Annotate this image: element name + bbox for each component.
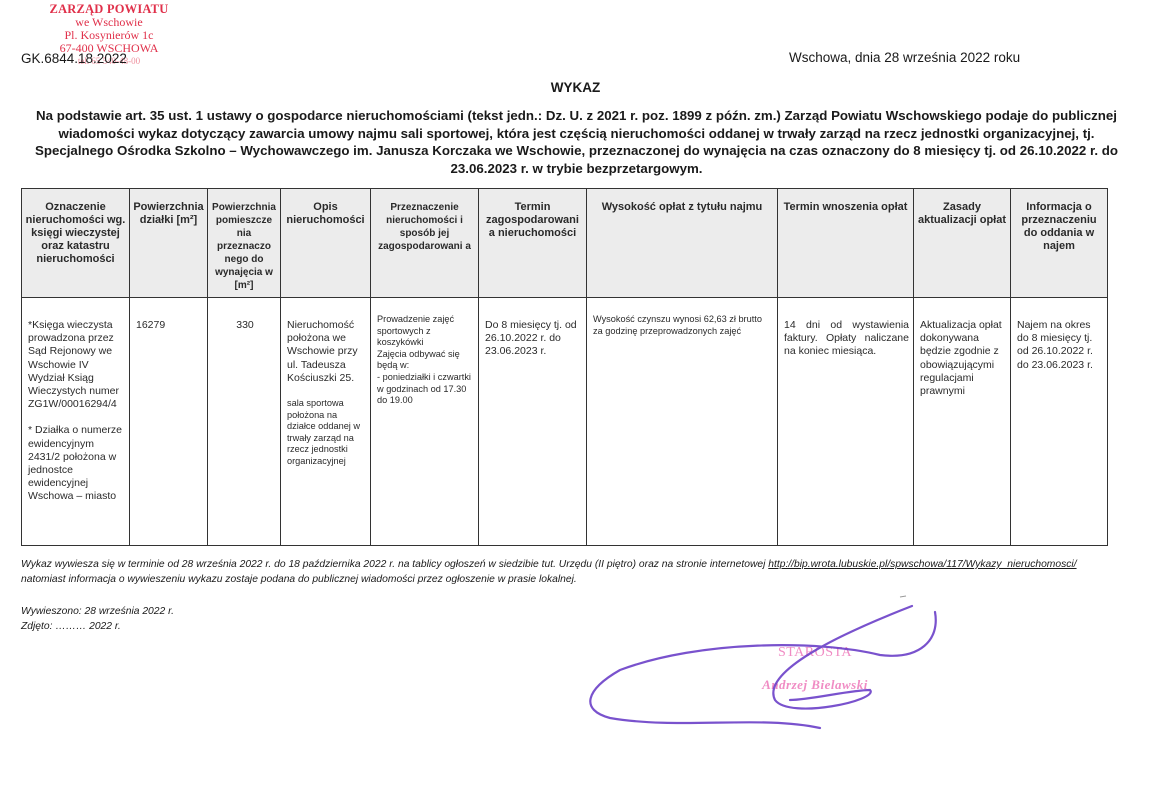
column-header: Wysokość opłat z tytułu najmu	[587, 189, 778, 298]
development-term-cell: Do 8 miesięcy tj. od 26.10.2022 r. do 23…	[479, 298, 587, 546]
column-header: Termin wnoszenia opłat	[778, 189, 914, 298]
signatory-name: Andrzej Bielawski	[700, 677, 930, 693]
column-header: Powierzchnia pomieszcze nia przeznaczo n…	[208, 189, 281, 298]
purpose-cell: Prowadzenie zajęć sportowych z koszykówk…	[371, 298, 479, 546]
column-header: Termin zagospodarowani a nieruchomości	[479, 189, 587, 298]
column-header: Informacja o przeznaczeniu do oddania w …	[1011, 189, 1108, 298]
document-title: WYKAZ	[0, 80, 1151, 95]
posting-dates: Wywieszono: 28 września 2022 r. Zdjęto: …	[21, 604, 174, 634]
land-registry-text: *Księga wieczysta prowadzona przez Sąd R…	[28, 319, 119, 410]
posted-date: Wywieszono: 28 września 2022 r.	[21, 604, 174, 619]
hall-text: sala sportowa położona na działce oddane…	[287, 398, 366, 468]
posting-note: Wykaz wywiesza się w terminie od 28 wrze…	[21, 557, 1141, 587]
intro-paragraph: Na podstawie art. 35 ust. 1 ustawy o gos…	[24, 107, 1129, 177]
place-date: Wschowa, dnia 28 września 2022 roku	[789, 50, 1020, 65]
designation-cell: *Księga wieczysta prowadzona przez Sąd R…	[22, 298, 130, 546]
posting-note-text-2: natomiast informacja o wywieszeniu wykaz…	[21, 574, 577, 585]
update-rules-cell: Aktualizacja opłat dokonywana będzie zgo…	[914, 298, 1011, 546]
table-row: *Księga wieczysta prowadzona przez Sąd R…	[22, 298, 1108, 546]
fee-cell: Wysokość czynszu wynosi 62,63 zł brutto …	[587, 298, 778, 546]
signature-stamp: STAROSTA Andrzej Bielawski	[700, 645, 930, 693]
column-header: Przeznaczenie nieruchomości i sposób jej…	[371, 189, 479, 298]
property-list-table: Oznaczenie nieruchomości wg. księgi wiec…	[21, 188, 1108, 546]
column-header: Opis nieruchomości	[281, 189, 371, 298]
room-area-cell: 330	[208, 298, 281, 546]
table-header-row: Oznaczenie nieruchomości wg. księgi wiec…	[22, 189, 1108, 298]
column-header: Zasady aktualizacji opłat	[914, 189, 1011, 298]
description-cell: Nieruchomość położona we Wschowie przy u…	[281, 298, 371, 546]
column-header: Oznaczenie nieruchomości wg. księgi wiec…	[22, 189, 130, 298]
removed-date: Zdjęto: ……… 2022 r.	[21, 619, 174, 634]
payment-term-cell: 14 dni od wystawienia faktury. Opłaty na…	[778, 298, 914, 546]
reference-number: GK.6844.18.2022	[21, 51, 127, 66]
plot-area-cell: 16279	[130, 298, 208, 546]
lease-info-cell: Najem na okres do 8 miesięcy tj. od 26.1…	[1011, 298, 1108, 546]
signatory-role: STAROSTA	[700, 645, 930, 661]
plot-text: * Działka o numerze ewidencyjnym 2431/2 …	[28, 424, 122, 502]
location-text: Nieruchomość położona we Wschowie przy u…	[287, 319, 358, 384]
column-header: Powierzchnia działki [m²]	[130, 189, 208, 298]
posting-note-text: Wykaz wywiesza się w terminie od 28 wrze…	[21, 559, 768, 570]
bip-link[interactable]: http://bip.wrota.lubuskie.pl/spwschowa/1…	[768, 559, 1076, 570]
